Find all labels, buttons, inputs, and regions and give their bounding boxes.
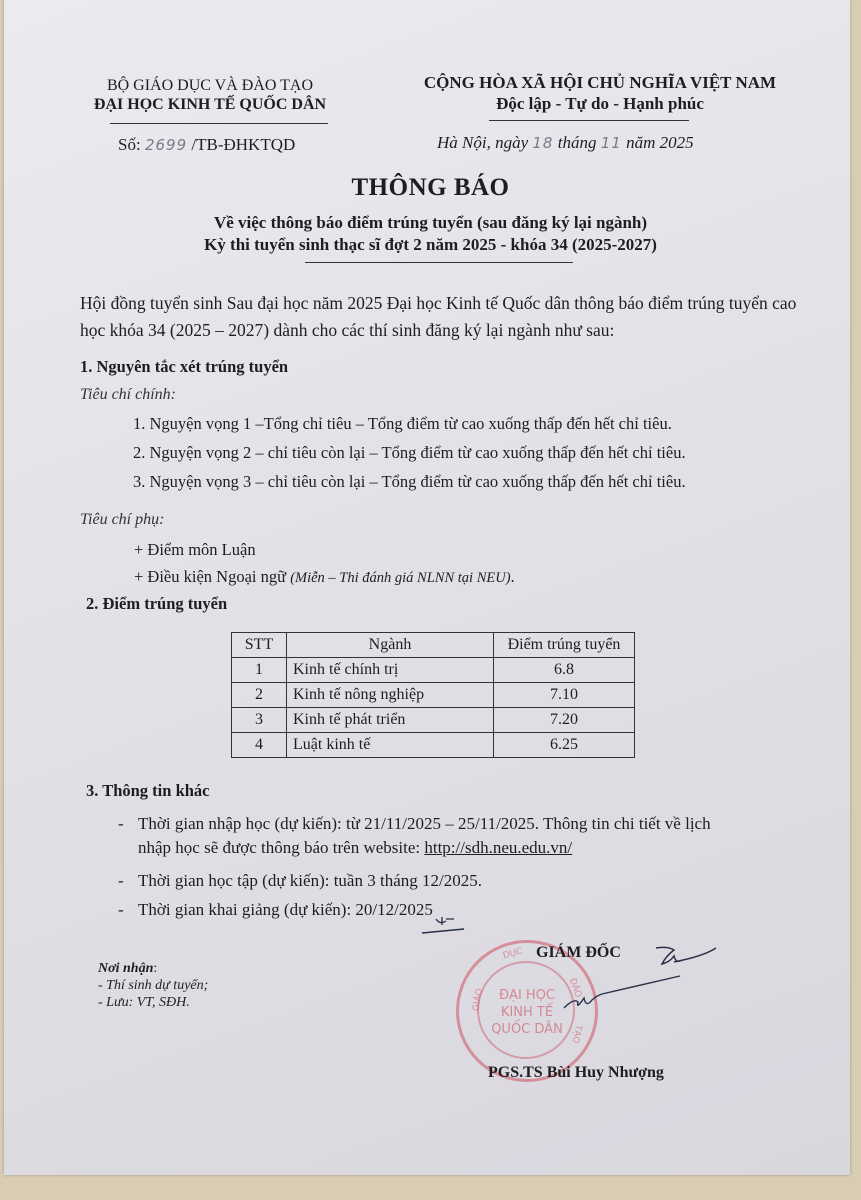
recipient-item: - Lưu: VT, SĐH. xyxy=(98,994,208,1011)
column-header-stt: STT xyxy=(232,633,287,658)
motto-divider xyxy=(489,120,689,121)
section-3-heading: 3. Thông tin khác xyxy=(86,781,210,801)
document-number: Số: 2699 /TB-ĐHKTQD xyxy=(118,135,295,155)
handwritten-day: 18 xyxy=(532,134,553,152)
recipient-item: - Thí sinh dự tuyển; xyxy=(98,977,208,994)
ministry-name: BỘ GIÁO DỤC VÀ ĐÀO TẠO xyxy=(80,76,340,95)
document-subtitle: Về việc thông báo điểm trúng tuyển (sau … xyxy=(0,212,861,256)
handwritten-number: 2699 xyxy=(145,136,187,154)
issuer-divider xyxy=(110,123,328,124)
main-criterion-3: 3. Nguyện vọng 3 – chỉ tiêu còn lại – Tổ… xyxy=(133,472,686,492)
national-motto: Độc lập - Tự do - Hạnh phúc xyxy=(405,93,795,114)
cell-major: Kinh tế nông nghiệp xyxy=(287,683,494,708)
cell-score: 7.10 xyxy=(494,683,635,708)
issuer-block: BỘ GIÁO DỤC VÀ ĐÀO TẠO ĐẠI HỌC KINH TẾ Q… xyxy=(80,76,340,114)
admission-scores-table: STT Ngành Điểm trúng tuyển 1Kinh tế chín… xyxy=(231,632,635,758)
main-criterion-1: 1. Nguyện vọng 1 –Tổng chỉ tiêu – Tổng đ… xyxy=(133,414,672,434)
table-row: 4Luật kinh tế6.25 xyxy=(232,733,635,758)
handwritten-month: 11 xyxy=(601,134,622,152)
intro-paragraph: Hội đồng tuyển sinh Sau đại học năm 2025… xyxy=(80,290,800,344)
cell-stt: 1 xyxy=(232,658,287,683)
sub-criterion-1: + Điểm môn Luận xyxy=(134,540,256,560)
main-criterion-2: 2. Nguyện vọng 2 – chỉ tiêu còn lại – Tổ… xyxy=(133,443,686,463)
sub-criterion-2: + Điều kiện Ngoại ngữ (Miễn – Thi đánh g… xyxy=(134,567,515,587)
republic-block: CỘNG HÒA XÃ HỘI CHỦ NGHĨA VIỆT NAM Độc l… xyxy=(405,72,795,114)
info-item-study-time: -Thời gian học tập (dự kiến): tuần 3 thá… xyxy=(118,869,482,893)
table-header-row: STT Ngành Điểm trúng tuyển xyxy=(232,633,635,658)
document-title: THÔNG BÁO xyxy=(0,174,861,202)
section-2-heading: 2. Điểm trúng tuyển xyxy=(86,594,227,614)
university-name: ĐẠI HỌC KINH TẾ QUỐC DÂN xyxy=(80,95,340,114)
recipients-label: Nơi nhận xyxy=(98,961,153,976)
issue-date: Hà Nội, ngày 18 tháng 11 năm 2025 xyxy=(437,133,694,153)
table-row: 3Kinh tế phát triển7.20 xyxy=(232,708,635,733)
website-link[interactable]: http://sdh.neu.edu.vn/ xyxy=(424,838,572,857)
title-divider xyxy=(305,262,573,263)
handwritten-signature xyxy=(560,940,740,1020)
main-criteria-label: Tiêu chí chính: xyxy=(80,386,176,404)
republic-name: CỘNG HÒA XÃ HỘI CHỦ NGHĨA VIỆT NAM xyxy=(405,72,795,93)
cell-score: 6.8 xyxy=(494,658,635,683)
info-item-opening-ceremony: -Thời gian khai giảng (dự kiến): 20/12/2… xyxy=(118,898,433,922)
table-row: 1Kinh tế chính trị6.8 xyxy=(232,658,635,683)
signatory-name: PGS.TS Bùi Huy Nhượng xyxy=(488,1064,664,1082)
info-item-enrollment: -Thời gian nhập học (dự kiến): từ 21/11/… xyxy=(118,812,818,860)
table-row: 2Kinh tế nông nghiệp7.10 xyxy=(232,683,635,708)
cell-stt: 3 xyxy=(232,708,287,733)
sub-criteria-label: Tiêu chí phụ: xyxy=(80,511,164,529)
handwritten-initial-mark xyxy=(420,915,470,937)
recipients-block: Nơi nhận: - Thí sinh dự tuyển; - Lưu: VT… xyxy=(98,960,208,1011)
cell-major: Kinh tế chính trị xyxy=(287,658,494,683)
column-header-major: Ngành xyxy=(287,633,494,658)
cell-stt: 2 xyxy=(232,683,287,708)
cell-major: Kinh tế phát triển xyxy=(287,708,494,733)
cell-major: Luật kinh tế xyxy=(287,733,494,758)
cell-score: 6.25 xyxy=(494,733,635,758)
cell-score: 7.20 xyxy=(494,708,635,733)
cell-stt: 4 xyxy=(232,733,287,758)
column-header-score: Điểm trúng tuyển xyxy=(494,633,635,658)
section-1-heading: 1. Nguyên tắc xét trúng tuyển xyxy=(80,357,288,377)
